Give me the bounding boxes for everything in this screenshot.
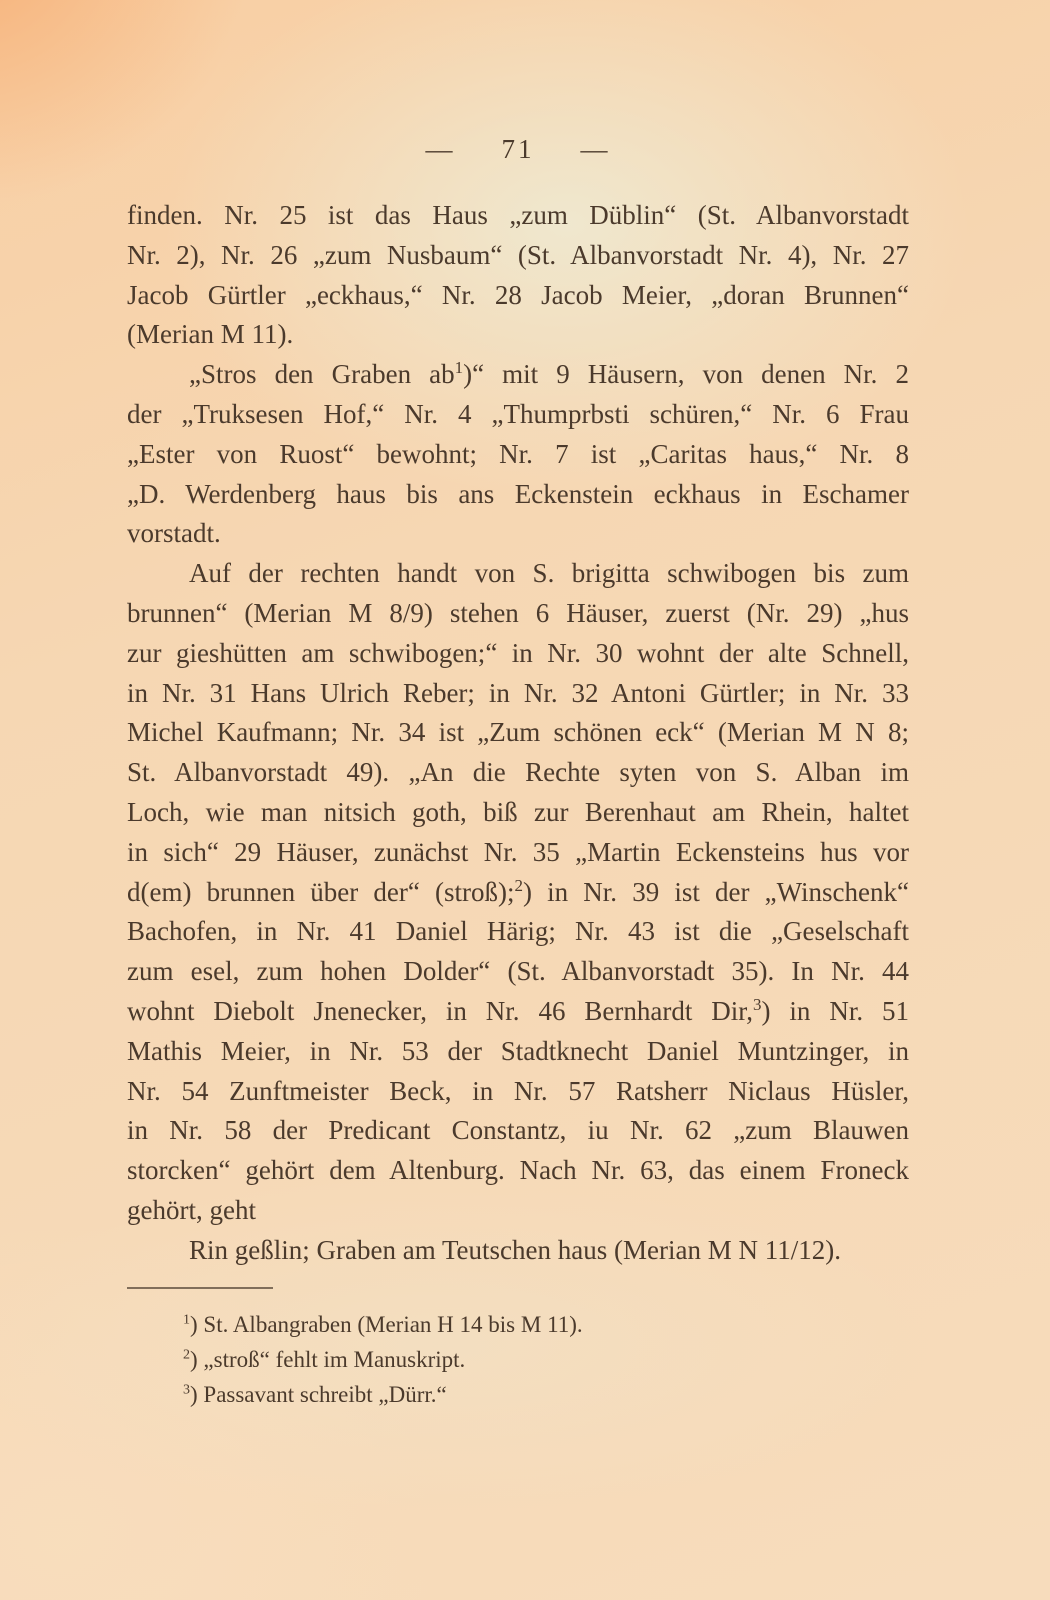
text-line: „D. Werdenberg haus bis ans Eckenstein e… <box>127 475 909 515</box>
text-line: zum esel, zum hohen Dolder“ (St. Albanvo… <box>127 952 909 992</box>
text-line: d(em) brunnen über der“ (stroß);2) in Nr… <box>127 873 909 913</box>
text-line: Loch, wie man nitsich goth, biß zur Bere… <box>127 793 909 833</box>
footnote: 1) St. Albangraben (Merian H 14 bis M 11… <box>183 1307 903 1342</box>
text-line: Jacob Gürtler „eckhaus,“ Nr. 28 Jacob Me… <box>127 276 909 316</box>
footnote-separator <box>127 1287 273 1289</box>
text-line: Nr. 54 Zunftmeister Beck, in Nr. 57 Rats… <box>127 1072 909 1112</box>
body-text: finden. Nr. 25 ist das Haus „zum Düblin“… <box>127 196 909 1271</box>
text-line: Nr. 2), Nr. 26 „zum Nusbaum“ (St. Albanv… <box>127 236 909 276</box>
text-line: (Merian M 11). <box>127 315 909 355</box>
text-line: brunnen“ (Merian M 8/9) stehen 6 Häuser,… <box>127 594 909 634</box>
text-line: Mathis Meier, in Nr. 53 der Stadtknecht … <box>127 1032 909 1072</box>
footnote: 3) Passavant schreibt „Dürr.“ <box>183 1377 903 1412</box>
text-line: vorstadt. <box>127 514 909 554</box>
text-line: in Nr. 31 Hans Ulrich Reber; in Nr. 32 A… <box>127 674 909 714</box>
footnote-marker: 1 <box>183 1312 190 1327</box>
footnote-reference: 2 <box>514 876 523 895</box>
text-line: in Nr. 58 der Predicant Constantz, iu Nr… <box>127 1111 909 1151</box>
text-line: finden. Nr. 25 ist das Haus „zum Düblin“… <box>127 196 909 236</box>
footnote-marker: 3 <box>183 1382 190 1397</box>
footnote-reference: 1 <box>455 358 464 377</box>
header-dash-left: — <box>426 134 456 165</box>
text-line: St. Albanvorstadt 49). „An die Rechte sy… <box>127 753 909 793</box>
page-number: 71 <box>502 134 535 165</box>
text-line: Michel Kaufmann; Nr. 34 ist „Zum schönen… <box>127 713 909 753</box>
scanned-book-page: — 71 — finden. Nr. 25 ist das Haus „zum … <box>0 0 1050 1600</box>
footnote-marker: 2 <box>183 1347 190 1362</box>
text-line: Auf der rechten handt von S. brigitta sc… <box>127 554 909 594</box>
footnotes: 1) St. Albangraben (Merian H 14 bis M 11… <box>183 1307 903 1412</box>
page-header: — 71 — <box>127 134 909 165</box>
text-line: in sich“ 29 Häuser, zunächst Nr. 35 „Mar… <box>127 833 909 873</box>
text-line: Bachofen, in Nr. 41 Daniel Härig; Nr. 43… <box>127 912 909 952</box>
text-line: Rin geßlin; Graben am Teutschen haus (Me… <box>127 1231 909 1271</box>
text-line: „Ester von Ruost“ bewohnt; Nr. 7 ist „Ca… <box>127 435 909 475</box>
header-dash-right: — <box>581 134 611 165</box>
text-line: zur gieshütten am schwibogen;“ in Nr. 30… <box>127 634 909 674</box>
text-line: „Stros den Graben ab1)“ mit 9 Häusern, v… <box>127 355 909 395</box>
text-line: wohnt Diebolt Jnenecker, in Nr. 46 Bernh… <box>127 992 909 1032</box>
text-line: storcken“ gehört dem Altenburg. Nach Nr.… <box>127 1151 909 1191</box>
footnote: 2) „stroß“ fehlt im Manuskript. <box>183 1342 903 1377</box>
text-line: gehört, geht <box>127 1191 909 1231</box>
footnote-reference: 3 <box>753 995 762 1014</box>
text-line: der „Truksesen Hof,“ Nr. 4 „Thumprbsti s… <box>127 395 909 435</box>
